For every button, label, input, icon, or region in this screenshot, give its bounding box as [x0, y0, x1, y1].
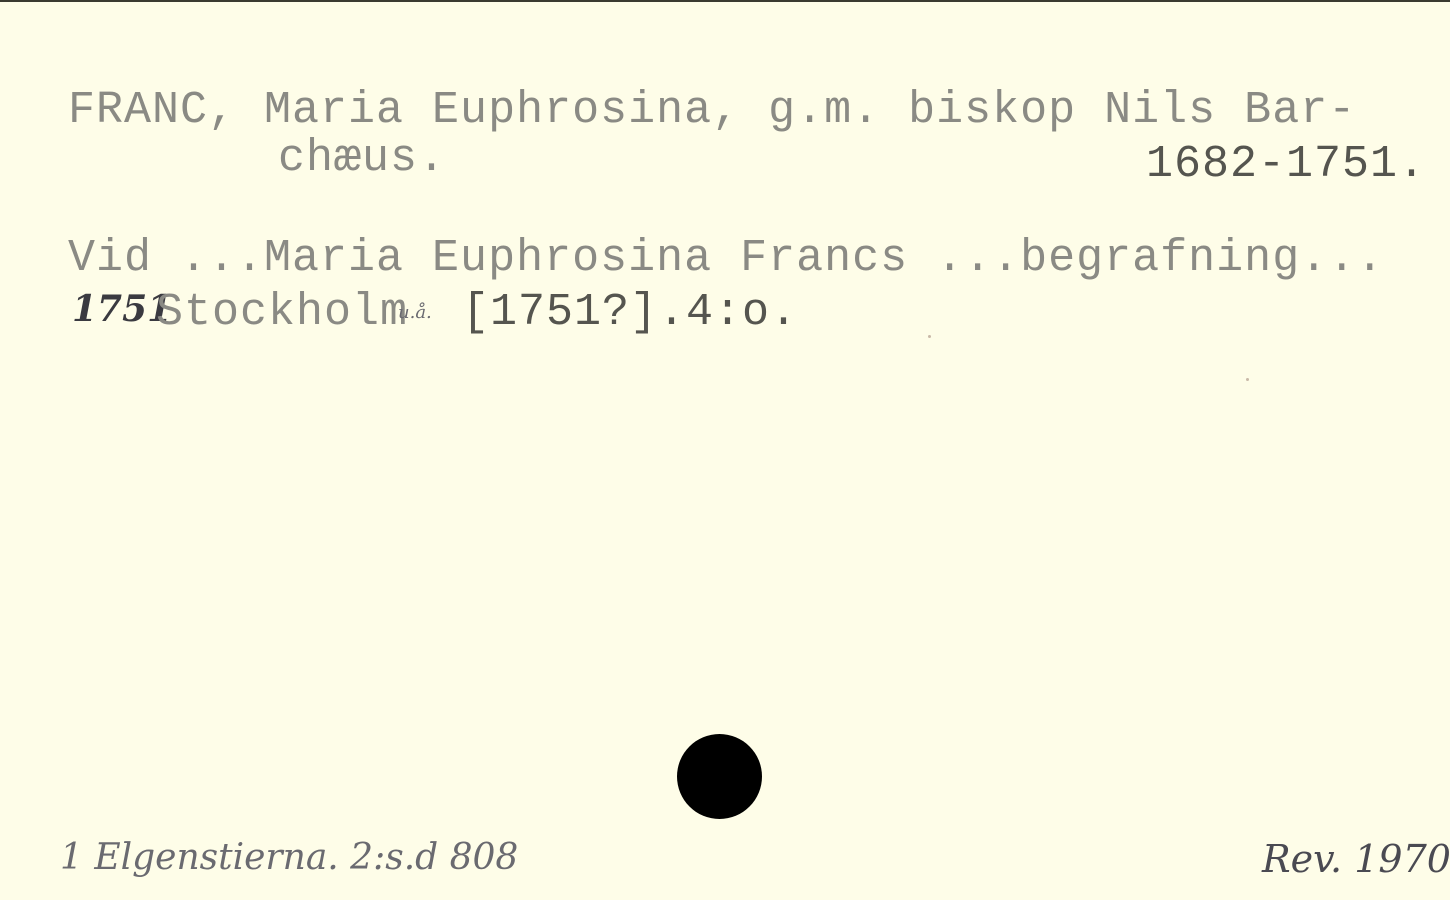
handwritten-reference: 1 Elgenstierna. 2:s.d 808 — [60, 837, 518, 878]
paper-speck — [1246, 378, 1249, 381]
catalog-card: FRANC, Maria Euphrosina, g.m. biskop Nil… — [0, 0, 1450, 900]
title-line-1: Vid ...Maria Euphrosina Francs ...begraf… — [68, 236, 1384, 281]
heading-line-1: FRANC, Maria Euphrosina, g.m. biskop Nil… — [68, 88, 1356, 133]
paper-speck — [928, 335, 931, 338]
heading-dates: 1682-1751. — [1146, 142, 1426, 187]
title-line-2-place: Stockholm — [156, 290, 408, 335]
handwritten-note: u.å. — [398, 302, 432, 323]
handwritten-revision: Rev. 1970 — [1262, 837, 1450, 881]
title-line-2-date: [1751?].4:o. — [462, 290, 798, 335]
heading-line-2: chæus. — [278, 136, 446, 181]
punch-hole — [677, 734, 762, 819]
